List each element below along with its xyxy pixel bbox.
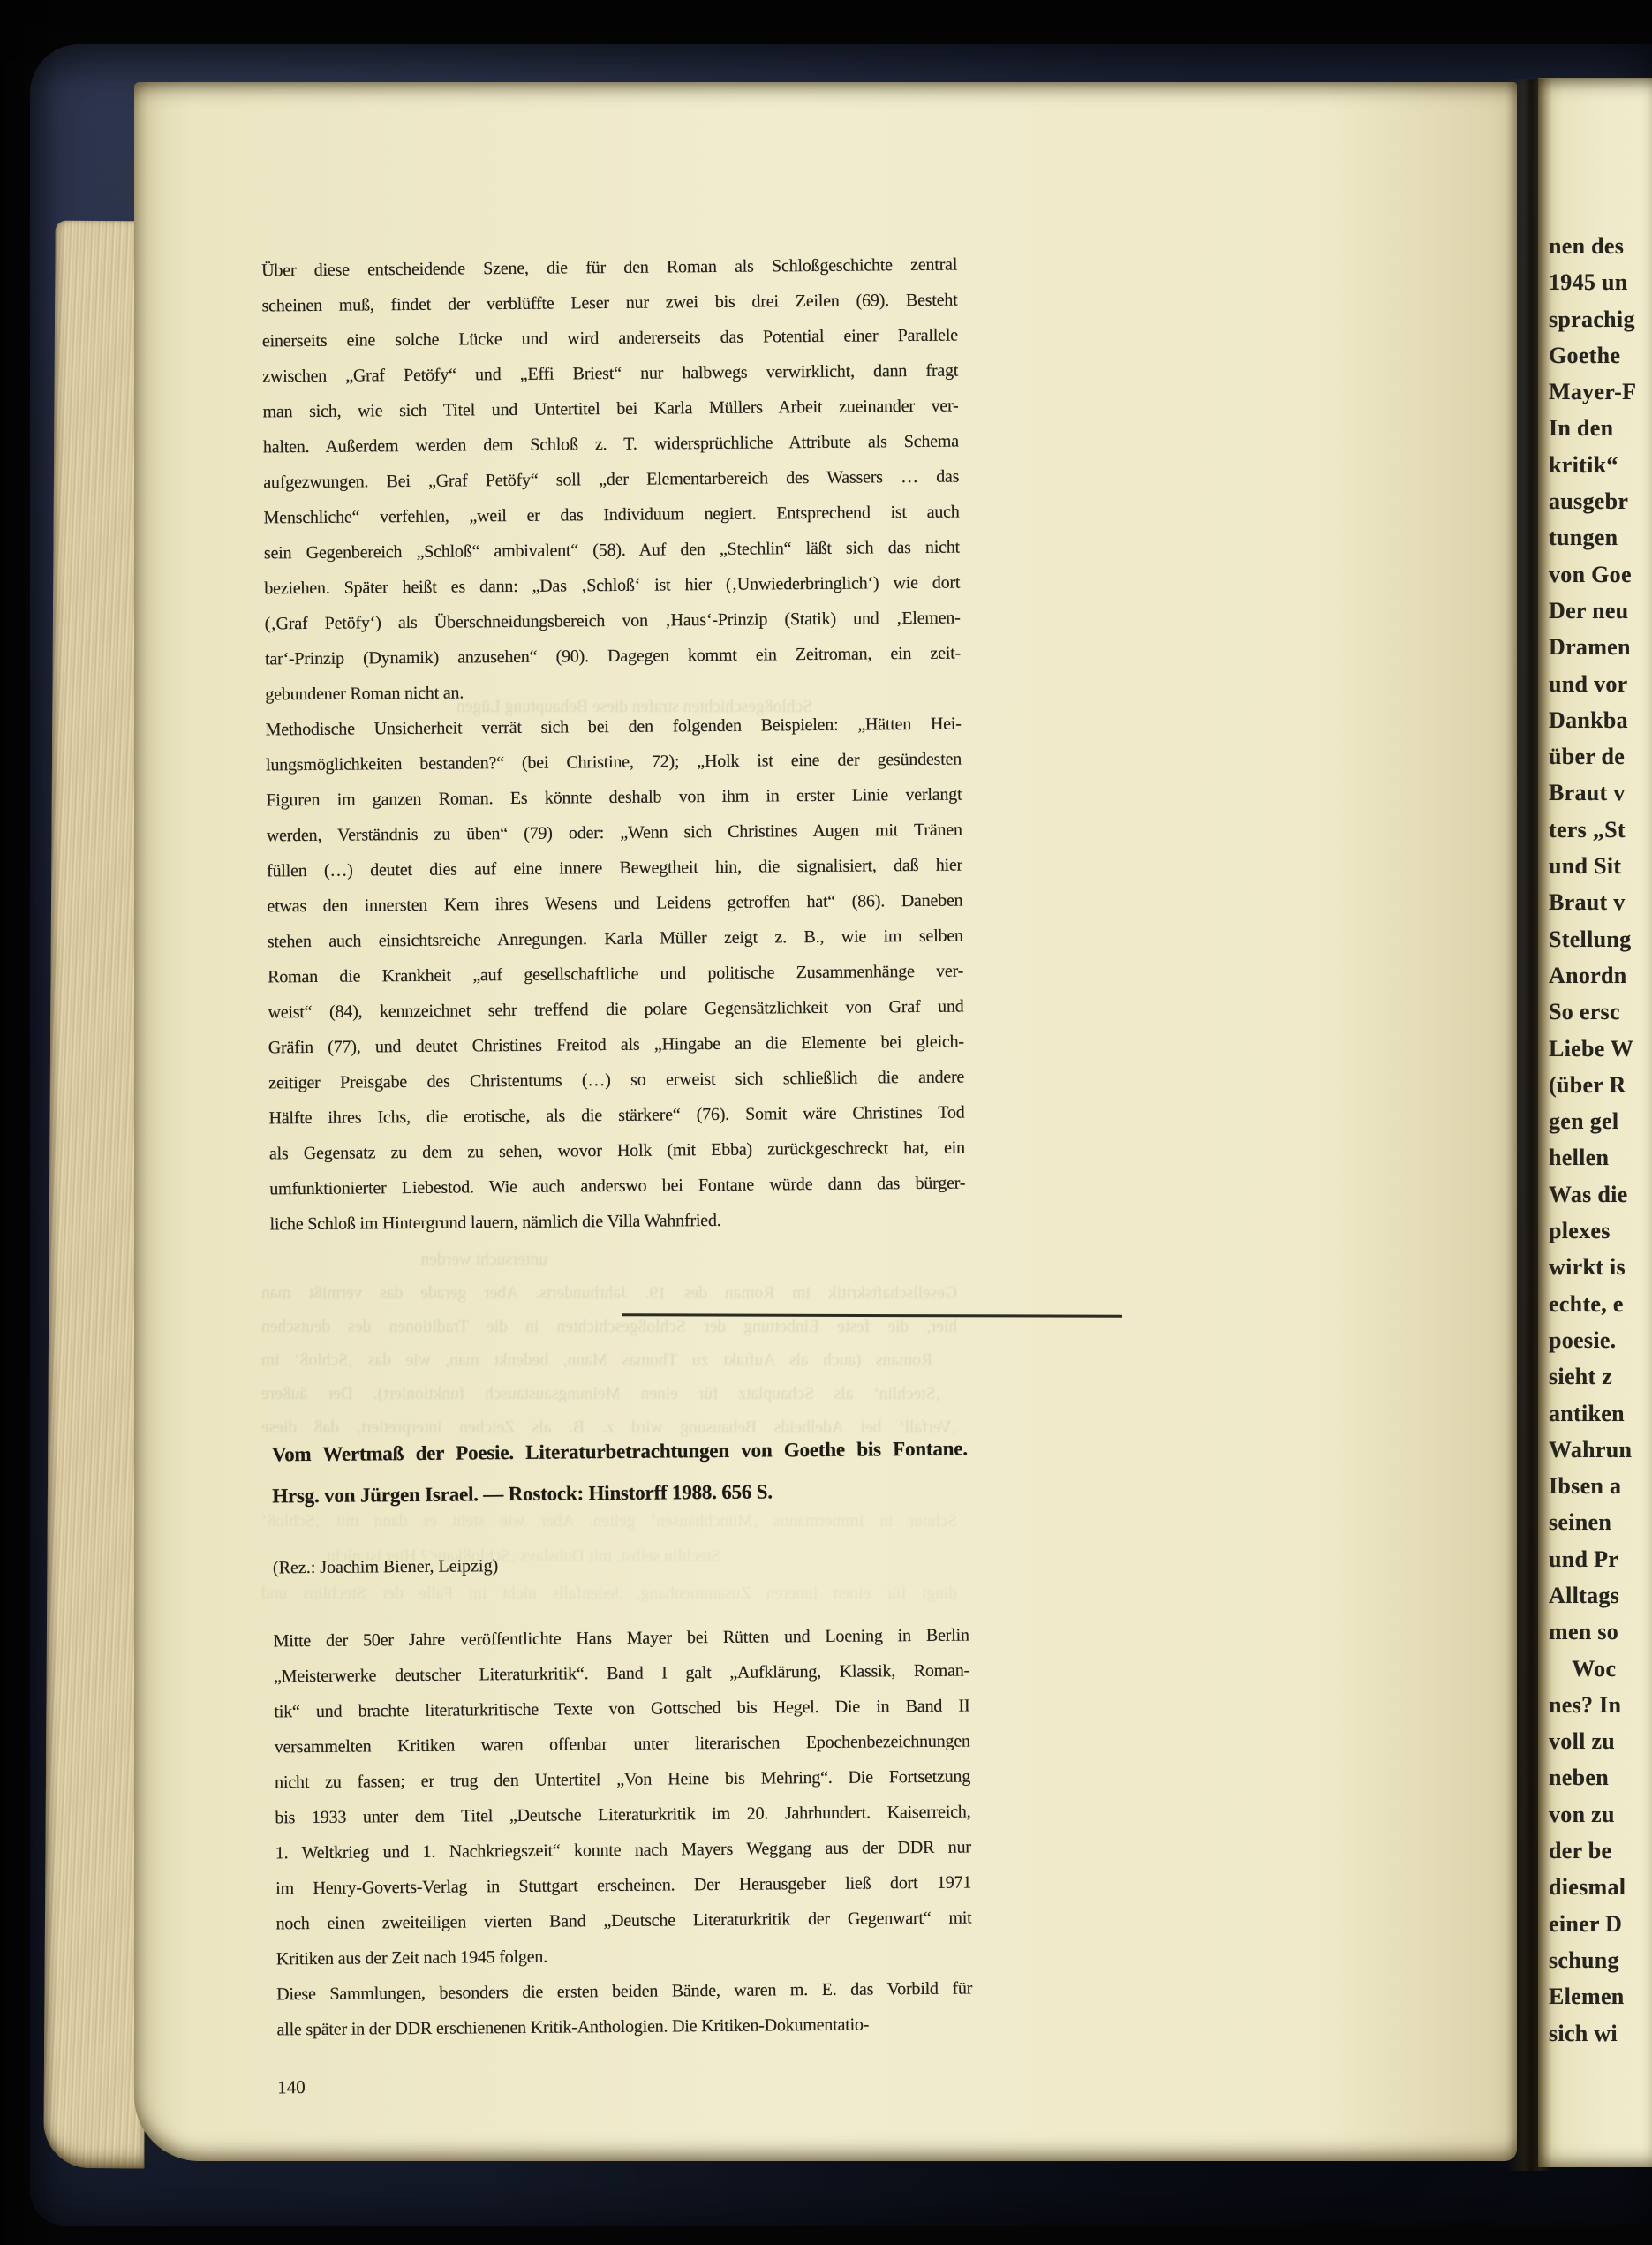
body-text-line: tik“ und brachte literaturkritische Text… [274, 1688, 969, 1729]
body-text-line: versammelten Kritiken waren offenbar unt… [275, 1723, 970, 1765]
body-text-line: „Meisterwerke deutscher Literaturkritik“… [274, 1653, 969, 1695]
body-text-line: liche Schloß im Hintergrund lauern, näml… [269, 1201, 965, 1243]
body-text-line: Menschliche“ verfehlen, „weil er das Ind… [263, 495, 959, 536]
body-text-line: Hälfte ihres Ichs, die erotische, als di… [268, 1095, 964, 1137]
body-text-line: noch einen zweiteiligen vierten Band „De… [275, 1900, 971, 1941]
body-text-line: nicht zu fassen; er trug den Untertitel … [275, 1758, 970, 1800]
body-text-line: gebundener Roman nicht an. [265, 671, 961, 713]
body-text-line: halten. Außerdem werden dem Schloß z. T.… [263, 424, 959, 465]
page-number: 140 [277, 2063, 973, 2105]
body-text-line: zwischen „Graf Petöfy“ und „Effi Briest“… [262, 353, 958, 395]
body-paragraph-1: Über diese entscheidende Szene, die für … [261, 247, 962, 713]
heading-line: Hrsg. von Jürgen Israel. — Rostock: Hins… [272, 1470, 968, 1517]
body-text-line: Diese Sammlungen, besonders die ersten b… [276, 1970, 972, 2012]
body-text-line: einerseits eine solche Lücke und wird an… [262, 318, 958, 359]
body-text-line: Methodische Unsicherheit verrät sich bei… [266, 707, 962, 748]
body-text-line: (‚Graf Petöfy‘) als Überschneidungsberei… [265, 601, 961, 642]
body-text-line: bis 1933 unter dem Titel „Deutsche Liter… [275, 1794, 970, 1835]
body-text-line: alle später in der DDR erschienenen Krit… [276, 2006, 972, 2047]
body-text-line: Gräfin (77), und deutet Christines Freit… [268, 1024, 964, 1066]
heading-line: Vom Wertmaß der Poesie. Literaturbetrach… [272, 1428, 968, 1476]
gutter-shadow [1506, 79, 1552, 2171]
body-text-line: lungsmöglichkeiten bestanden?“ (bei Chri… [266, 742, 962, 783]
body-text-line: Mitte der 50er Jahre veröffentlichte Han… [274, 1618, 969, 1659]
body-text-line: scheinen muß, findet der verblüffte Lese… [261, 283, 957, 324]
body-text-line: man sich, wie sich Titel und Untertitel … [262, 389, 958, 430]
body-text-line: werden, Verständnis zu üben“ (79) oder: … [267, 813, 962, 854]
body-text-line: sein Gegenbereich „Schloß“ ambivalent“ (… [264, 530, 960, 571]
body-paragraph-4: Diese Sammlungen, besonders die ersten b… [276, 1970, 973, 2047]
body-text-line: Roman die Krankheit „auf gesellschaftlic… [268, 954, 963, 995]
body-paragraph-2: Methodische Unsicherheit verrät sich bei… [266, 707, 966, 1243]
left-page-text-column: Über diese entscheidende Szene, die für … [261, 247, 973, 2105]
body-text-line: aufgezwungen. Bei „Graf Petöfy“ soll „de… [263, 459, 959, 501]
review-heading: Vom Wertmaß der Poesie. Literaturbetrach… [272, 1428, 969, 1517]
body-text-line: als Gegensatz zu dem zu sehen, wovor Hol… [269, 1130, 965, 1172]
body-text-line: zeitiger Preisgabe des Christentums (…) … [268, 1060, 964, 1101]
body-text-line: füllen (…) deutet dies auf eine innere B… [267, 848, 962, 889]
body-paragraph-3: Mitte der 50er Jahre veröffentlichte Han… [274, 1618, 972, 1977]
body-text-line: weist“ (84), kennzeichnet sehr treffend … [268, 989, 963, 1031]
body-text-line: tar‘-Prinzip (Dynamik) anzusehen“ (90). … [265, 636, 961, 677]
body-text-line: im Henry-Goverts-Verlag in Stuttgart ers… [275, 1864, 971, 1906]
reviewer-line: (Rez.: Joachim Biener, Leipzig) [273, 1545, 969, 1586]
book-scan-scene: untersucht werdenGesellschaftskritik im … [0, 0, 1652, 2245]
body-text-line: Kritiken aus der Zeit nach 1945 folgen. [276, 1935, 972, 1977]
body-text-line: stehen auch einsichtsreiche Anregungen. … [268, 918, 963, 960]
body-text-line: umfunktionierter Liebestod. Wie auch and… [269, 1166, 965, 1207]
body-text-line: 1. Weltkrieg und 1. Nachkriegszeit“ konn… [275, 1829, 971, 1871]
body-text-line: Über diese entscheidende Szene, die für … [261, 247, 957, 289]
body-text-line: Figuren im ganzen Roman. Es könnte desha… [266, 777, 962, 819]
body-text-line: etwas den innersten Kern ihres Wesens un… [267, 883, 962, 925]
body-text-line: beziehen. Später heißt es dann: „Das ‚Sc… [264, 565, 960, 607]
